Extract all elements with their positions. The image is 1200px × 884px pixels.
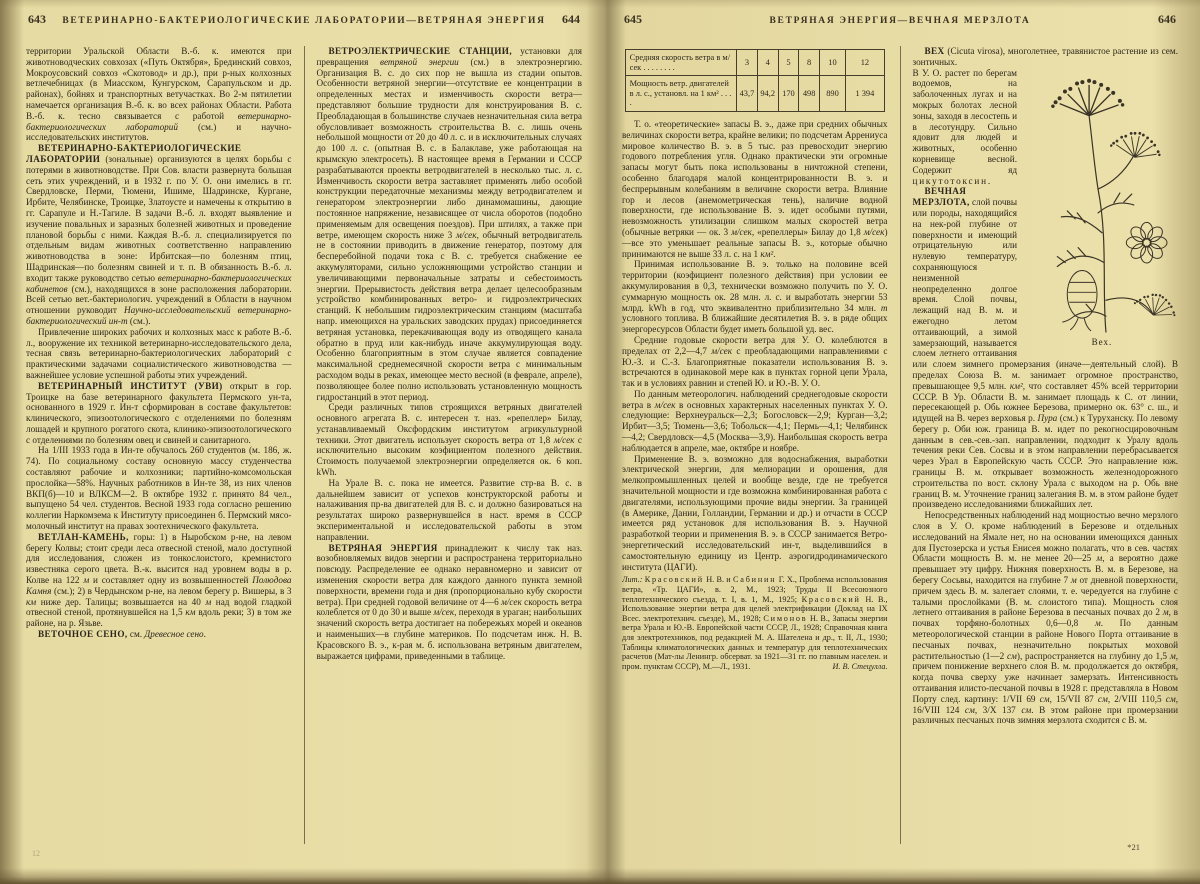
paragraph: Применение В. э. возможно для водоснабже… — [622, 454, 888, 573]
plant-illustration-figure: Вех. — [1026, 68, 1178, 348]
page-number: 644 — [562, 12, 580, 27]
paragraph: На 1/III 1933 года в Ин-те обучалось 260… — [26, 445, 292, 531]
running-head-left: 643 ВЕТЕРИНАРНО-БАКТЕРИОЛОГИЧЕСКИЕ ЛАБОР… — [28, 12, 580, 38]
table-cell: 12 — [845, 50, 884, 76]
page-645-646: 645 ВЕТРЯНАЯ ЭНЕРГИЯ—ВЕЧНАЯ МЕРЗЛОТА 646… — [614, 0, 1186, 884]
figure-caption: Вех. — [1026, 337, 1178, 348]
table-row: Средняя скорость ветра в м/сек . . . . .… — [625, 50, 884, 76]
page-bottom-edge — [0, 868, 1200, 884]
paragraph: ВЕТЕРИНАРНЫЙ ИНСТИТУТ (УВИ) открыт в гор… — [26, 381, 292, 446]
page-number: 643 — [28, 12, 46, 27]
paragraph: Т. о. «теоретические» запасы В. э., даже… — [622, 119, 888, 259]
paragraph: территории Уральской Области В.-б. к. им… — [26, 46, 292, 143]
table-row-label: Мощность ветр. двигателей в л. с., устан… — [625, 76, 736, 112]
table-cell: 43,7 — [737, 76, 758, 112]
paragraph: Принимая использование В. э. только на п… — [622, 259, 888, 335]
table-cell: 1 394 — [845, 76, 884, 112]
paragraph: Привлечение широких рабочих и колхозных … — [26, 327, 292, 381]
text-columns: Средняя скорость ветра в м/сек . . . . .… — [622, 46, 1178, 844]
column-3: Средняя скорость ветра в м/сек . . . . .… — [622, 46, 900, 844]
paragraph: ВЕТОЧНОЕ СЕНО, см. Древесное сено. — [26, 629, 292, 640]
printer-signature-mark: *21 — [1127, 842, 1140, 852]
paragraph: Средние годовые скорости ветра для У. О.… — [622, 335, 888, 389]
table-cell: 890 — [820, 76, 846, 112]
page-top-edge — [0, 0, 1200, 8]
plant-illustration — [1026, 68, 1176, 334]
book-spread: 643 ВЕТЕРИНАРНО-БАКТЕРИОЛОГИЧЕСКИЕ ЛАБОР… — [0, 0, 1200, 884]
veh-entry-lead: ВЕХ (Cicuta virosa), многолетнее, травян… — [913, 46, 1179, 68]
page-gutter-shadow — [586, 0, 626, 884]
page-number: 646 — [1158, 12, 1176, 27]
paragraph: ВЕТЛАН-КАМЕНЬ, горы: 1) в Ныробском р-не… — [26, 532, 292, 629]
paragraph: ВЕХ (Cicuta virosa), многолетнее, травян… — [913, 46, 1179, 68]
table-cell: 170 — [778, 76, 799, 112]
literature-paragraph: Лит.: Красовский Н. В. и Сабинин Г. Х., … — [622, 575, 888, 671]
paragraph: По данным метеорологич. наблюдений средн… — [622, 389, 888, 454]
paragraph: ВЕТЕРИНАРНО-БАКТЕРИОЛОГИЧЕСКИЕ ЛАБОРАТОР… — [26, 143, 292, 327]
running-head-title: ВЕТЕРИНАРНО-БАКТЕРИОЛОГИЧЕСКИЕ ЛАБОРАТОР… — [62, 16, 545, 26]
paragraph: ВЕТРЯНАЯ ЭНЕРГИЯ принадлежит к числу так… — [317, 543, 583, 662]
paragraph: ВЕТРОЭЛЕКТРИЧЕСКИЕ СТАНЦИИ, установки дл… — [317, 46, 583, 402]
printer-mark: 12 — [32, 849, 40, 858]
page-number: 645 — [624, 12, 642, 27]
paragraph: Непосредственных наблюдений над мощность… — [913, 510, 1179, 726]
table-row: Мощность ветр. двигателей в л. с., устан… — [625, 76, 884, 112]
table-cell: 3 — [737, 50, 758, 76]
table-cell: 10 — [820, 50, 846, 76]
paragraph: На Урале В. с. пока не имеется. Развитие… — [317, 478, 583, 543]
page-643-644: 643 ВЕТЕРИНАРНО-БАКТЕРИОЛОГИЧЕСКИЕ ЛАБОР… — [18, 0, 590, 884]
table-row-label: Средняя скорость ветра в м/сек . . . . .… — [625, 50, 736, 76]
running-head-right: 645 ВЕТРЯНАЯ ЭНЕРГИЯ—ВЕЧНАЯ МЕРЗЛОТА 646 — [624, 12, 1176, 38]
table-cell: 5 — [778, 50, 799, 76]
table-cell: 94,2 — [757, 76, 778, 112]
paragraph: Среди различных типов строящихся ветряны… — [317, 402, 583, 478]
wind-speed-table: Средняя скорость ветра в м/сек . . . . .… — [625, 49, 885, 112]
column-2: ВЕТРОЭЛЕКТРИЧЕСКИЕ СТАНЦИИ, установки дл… — [304, 46, 583, 844]
wrap-zone: Вех. В У. О. растет по берегам водоемов,… — [913, 68, 1179, 727]
column-1: территории Уральской Области В.-б. к. им… — [26, 46, 304, 844]
column-4: ВЕХ (Cicuta virosa), многолетнее, травян… — [900, 46, 1179, 844]
table-cell: 8 — [799, 50, 820, 76]
column-3-text: Т. о. «теоретические» запасы В. э., даже… — [622, 119, 888, 671]
running-head-title: ВЕТРЯНАЯ ЭНЕРГИЯ—ВЕЧНАЯ МЕРЗЛОТА — [770, 16, 1031, 26]
table-cell: 498 — [799, 76, 820, 112]
text-columns: территории Уральской Области В.-б. к. им… — [26, 46, 582, 844]
table-cell: 4 — [757, 50, 778, 76]
